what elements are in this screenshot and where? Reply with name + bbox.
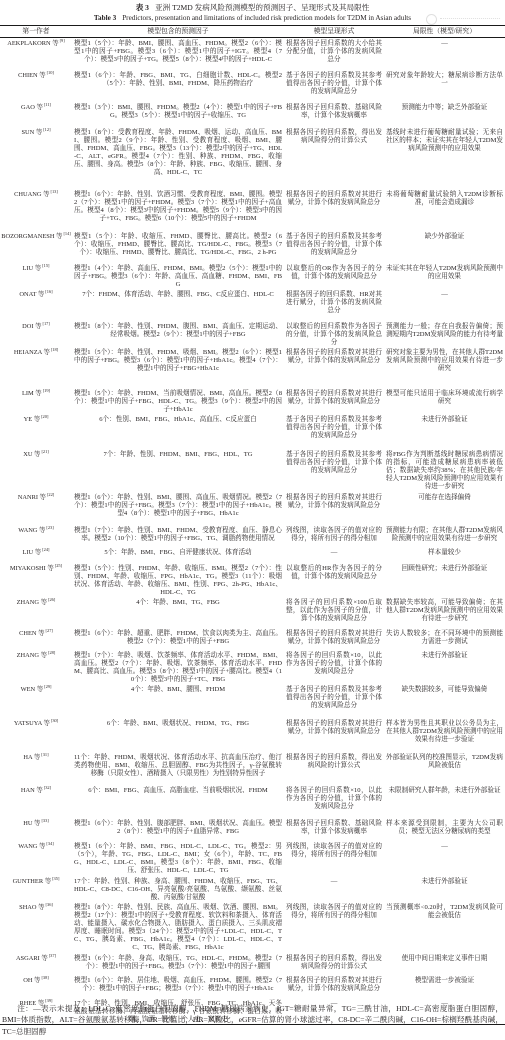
predictors-cell: 模型1（6个）：年龄、BMI、FBG、HDL-C、LDL-C、TG。模型2：男（… (72, 841, 284, 876)
author-name: HEIANZA 等 (14, 349, 50, 356)
author-name: HAN 等 (21, 787, 43, 794)
predictors-cell: 模型1（5个）：年龄、FHDM、当前吸烟情况、BMI、高血压。模型2（8个）：模… (72, 388, 284, 414)
author-name: GAO 等 (21, 104, 43, 111)
predictors-cell: 模型1（7个）：年龄、吸烟、饮茶频率、体育活动水平、FHDM、BMI、高血压。模… (72, 650, 284, 684)
predictors-cell: 4个：年龄、BMI、TG、FBG (72, 597, 284, 628)
table-row: LIM 等[19] 模型1（5个）：年龄、FHDM、当前吸烟情况、BMI、高血压… (0, 388, 505, 414)
author-name: AEKPLAKORN 等 (7, 40, 58, 47)
table-row: HEIANZA 等[18] 模型1（5个）：年龄、性别、FHDM、吸烟、BMI。… (0, 347, 505, 388)
reference-number: [17] (43, 321, 50, 326)
first-author-cell: WANG 等[23] (0, 525, 72, 547)
limitations-cell: 模型可能只适用于临床环境或流行病学研究 (384, 388, 505, 414)
reference-number: [32] (44, 785, 51, 790)
table-row: ASGARI 等[37] 模型1（6个）：年龄、身高、收缩压、TG、HDL-C、… (0, 953, 505, 975)
presentation-cell: 基于各因子的回归系数及其参考值得出各因子的分值，计算个体的发病风险总分 (284, 414, 384, 449)
first-author-cell: LIM 等[19] (0, 388, 72, 414)
limitations-cell: 样本量较少 (384, 547, 505, 563)
limitations-cell: 预测能力有限；在其他人群T2DM发病风险预测中的应用效果有待进一步研究 (384, 525, 505, 547)
limitations-cell: 当预测概率<0.20时，T2DM发病风险可能会被低估 (384, 902, 505, 953)
presentation-cell: 根据各因子的回归系数对其进行赋分，计算个体的发病风险总分 (284, 388, 384, 414)
predictors-cell: 7个：年龄、性别、FHDM、BMI、FBG、HDL、TG (72, 449, 284, 492)
first-author-cell: YE 等[20] (0, 414, 72, 449)
predictors-cell: 7个：FHDM、体育活动、年龄、腰围、FBG、C反应蛋白、HDL-C (72, 289, 284, 321)
presentation-cell: 根据各因子回归系数、基础风险率，计算个体发病概率 (284, 818, 384, 841)
watermark-logo-icon (426, 13, 502, 25)
table-caption-chinese: 亚洲 T2MD 发病风险预测模型的预测因子、呈现形式及其局限性 (155, 3, 369, 12)
table-row: DOI 等[17] 模型1（8个）：年龄、性别、FHDM、腹围、BMI、高血压、… (0, 321, 505, 347)
predictors-cell: 4个：年龄、BMI、腰围、FHDM (72, 684, 284, 718)
limitations-cell: 未证实其在年轻人T2DM发病风险预测中的应用效果 (384, 263, 505, 289)
reference-number: [35] (52, 876, 59, 881)
limitations-cell: 样本来源受到限制，主要为大公司职员；模型无法区分糖尿病的类型 (384, 818, 505, 841)
presentation-cell: 基于各因子的回归系数及其参考值得出各因子的分值，计算个体的发病风险总分 (284, 231, 384, 263)
table-row: HA 等[31] 11个：年龄、FHDM、吸烟状况、体育活动水平、抗高血压治疗、… (0, 752, 505, 785)
reference-number: [15] (42, 263, 49, 268)
reference-number: [30] (51, 718, 58, 723)
table-footnote: 注：—表示未提及；LDL-C=低密度脂蛋白胆固醇，FHDM=糖尿病家族史，IGT… (2, 1003, 503, 1037)
first-author-cell: BOZORGMANESH 等[14] (0, 231, 72, 263)
presentation-cell: 将各因子的回归系数×10，以此作为各因子的分值，计算个体的发病风险总分 (284, 650, 384, 684)
first-author-cell: HEIANZA 等[18] (0, 347, 72, 388)
reference-number: [25] (55, 563, 62, 568)
first-author-cell: AEKPLAKORN 等[9] (0, 38, 72, 70)
first-author-cell: HU 等[33] (0, 818, 72, 841)
table-row: WANG 等[23] 模型1（7个）：年龄、性别、BMI、FHDM、受教育程度、… (0, 525, 505, 547)
presentation-cell: 根据各因子回归系数的大小给其分配分值，计算个体的发病风险总分 (284, 38, 384, 70)
table-row: CHEN 等[27] 模型1（6个）：年龄、超重、肥胖、FHDM、饮食以肉类为主… (0, 628, 505, 650)
first-author-cell: ASGARI 等[37] (0, 953, 72, 975)
predictors-cell: 模型1（6个）：年龄、性别、腹部肥胖、BMI、吸烟状况、高血压。模型2（8个）：… (72, 818, 284, 841)
limitations-cell: 基线时未进行葡萄糖耐量试验；无来自社区的样本；未证实其在年轻人T2DM发病风险预… (384, 127, 505, 189)
reference-number: [21] (41, 449, 48, 454)
first-author-cell: MIYAKOSHI 等[25] (0, 563, 72, 597)
predictors-cell: 模型1（4个）：年龄、高血压、FHDM、BMI。模型2（5个）：模型1中的因子+… (72, 263, 284, 289)
reference-number: [13] (51, 189, 58, 194)
first-author-cell: ONAT 等[16] (0, 289, 72, 321)
limitations-cell: 预测能力一般；存在自我报告偏倚；预测短期内T2DM发病风险的能力有待考量 (384, 321, 505, 347)
first-author-cell: YATSUYA 等[30] (0, 718, 72, 752)
presentation-cell: 以取整后的HR作为各因子的分值，计算个体的发病风险总分 (284, 563, 384, 597)
predictors-cell: 模型1（7个）：年龄、性别、BMI、FHDM、受教育程度、血压、静息心率。模型2… (72, 525, 284, 547)
first-author-cell: NANRI 等[22] (0, 492, 72, 525)
first-author-cell: CHEN 等[27] (0, 628, 72, 650)
reference-number: [37] (49, 953, 56, 958)
predictors-cell: 17个：年龄、性别、种族、身高、腰围、FHDM、收缩压、FBG、TG、HDL-C… (72, 876, 284, 902)
presentation-cell: 根据各因子的回归系数，得出发病风险的计算公式 (284, 752, 384, 785)
reference-number: [22] (47, 492, 54, 497)
author-name: SHAO 等 (19, 904, 44, 911)
first-author-cell: DOI 等[17] (0, 321, 72, 347)
reference-number: [23] (46, 525, 53, 530)
author-name: LIM 等 (22, 390, 42, 397)
first-author-cell: WANG 等[34] (0, 841, 72, 876)
first-author-cell: SUN 等[12] (0, 127, 72, 189)
table-row: AEKPLAKORN 等[9] 模型1（5个）：年龄、BMI、腰围、高血压、FH… (0, 38, 505, 70)
first-author-cell: LIU 等[24] (0, 547, 72, 563)
limitations-cell: 外部验证队列的校准图显示，T2DM发病风险被低估 (384, 752, 505, 785)
table-row: YE 等[20] 6个：性别、BMI、FBG、HbA1c、高血压、C反应蛋白 基… (0, 414, 505, 449)
table-row: GAO 等[11] 模型1（3个）：BMI、腰围、FHDM。模型2（4个）：模型… (0, 102, 505, 127)
author-name: NANRI 等 (18, 494, 46, 501)
table-row: GUNTHER 等[35] 17个：年龄、性别、种族、身高、腰围、FHDM、收缩… (0, 876, 505, 902)
reference-number: [11] (44, 102, 51, 107)
predictors-cell: 模型1（6个）：年龄、性别、BMI、腰围、高血压、吸烟情况。模型2（7个）：模型… (72, 492, 284, 525)
header-limitations: 局限性（模型/研究） (384, 26, 505, 38)
limitations-cell: 未限制研究人群年龄，未进行外部验证 (384, 785, 505, 818)
reference-number: [24] (42, 547, 49, 552)
author-name: HA 等 (23, 754, 40, 761)
limitations-cell: 样本皆为男性且其职业以公务员为主，在其他人群T2DM发病风险预测中的应用效果有待… (384, 718, 505, 752)
limitations-cell: — (384, 841, 505, 876)
presentation-cell: — (284, 547, 384, 563)
presentation-cell: 根据各因子的回归系数对其进行赋分，计算个体的发病风险总分 (284, 718, 384, 752)
reference-number: [14] (63, 231, 70, 236)
predictors-cell: 6个：BMI、FBG、高血压、高脂血症、当前吸烟状况、FHDM (72, 785, 284, 818)
presentation-cell: 根据各因子的回归系数对其进行赋分，计算个体的发病风险总分 (284, 492, 384, 525)
predictors-cell: 模型1（8个）：年龄、性别、FHDM、腹围、BMI、高血压、定期运动、经常吸烟。… (72, 321, 284, 347)
presentation-cell: 根据各因子的回归系数对其进行赋分，计算个体的发病风险总分 (284, 975, 384, 998)
predictors-cell: 模型1（5个）：年龄、收缩压、FHMD、腰臀比、腰高比。模型2（6个）：收缩压、… (72, 231, 284, 263)
presentation-cell: 根据各因子回归系数、基础风险率，计算个体发病概率 (284, 102, 384, 127)
author-name: HU 等 (23, 820, 40, 827)
presentation-cell: 将各因子的回归系数×10，以此作为各因子的分值，计算个体的发病风险总分 (284, 785, 384, 818)
first-author-cell: LIU 等[15] (0, 263, 72, 289)
table-row: XU 等[21] 7个：年龄、性别、FHDM、BMI、FBG、HDL、TG 基于… (0, 449, 505, 492)
presentation-cell: 基于各因子的回归系数及其参考值得出各因子的分值，计算个体的发病风险总分 (284, 449, 384, 492)
author-name: YE 等 (24, 416, 41, 423)
table-header-row: 第一作者 模型包含的预测因子 模型呈现形式 局限性（模型/研究） (0, 26, 505, 38)
limitations-cell: 研究对象主要为男性，在其他人群T2DM发病风险预测中的应用效果有待进一步研究 (384, 347, 505, 388)
predictors-cell: 模型1（8个）：受教育程度、年龄、FHDM、吸烟、运动、高血压、BMI、腰围。模… (72, 127, 284, 189)
limitations-cell: 缺失数据较多，可能导致偏倚 (384, 684, 505, 718)
limitations-cell: 失访人数较多；在不同环境中的预测能力需进一步测试 (384, 628, 505, 650)
limitations-cell: 使用中间日期来定义事件日期 (384, 953, 505, 975)
reference-number: [19] (43, 388, 50, 393)
limitations-cell: 未进行外部验证 (384, 650, 505, 684)
table-row: CHUANG 等[13] 模型1（6个）：年龄、性别、饮酒习惯、受教育程度、BM… (0, 189, 505, 231)
table-label-english: Table 3 (94, 14, 116, 22)
watermark-ring-icon (426, 14, 437, 25)
author-name: ZHANG 等 (17, 599, 47, 606)
first-author-cell: HAN 等[32] (0, 785, 72, 818)
presentation-cell: 以取整后的回归系数作为各因子的分值，计算个体的发病风险总分 (284, 321, 384, 347)
table-row: SUN 等[12] 模型1（8个）：受教育程度、年龄、FHDM、吸烟、运动、高血… (0, 127, 505, 189)
limitations-cell: 缺少外部验证 (384, 231, 505, 263)
author-name: CHUANG 等 (14, 191, 49, 198)
predictors-cell: 模型1（5个）：年龄、性别、FHDM、吸烟、BMI。模型2（6个）：模型1中的因… (72, 347, 284, 388)
limitations-cell: 预测能力中等；缺乏外部验证 (384, 102, 505, 127)
presentation-cell: 列线图，读取各因子的值对应的得分，将所有因子的得分相加 (284, 841, 384, 876)
author-name: SUN 等 (21, 129, 42, 136)
reference-number: [31] (41, 752, 48, 757)
reference-number: [29] (44, 684, 51, 689)
table-label-chinese: 表 3 (136, 3, 149, 12)
limitations-cell: 未进行外部验证 (384, 876, 505, 902)
table-row: ZHANG 等[28] 模型1（7个）：年龄、吸烟、饮茶频率、体育活动水平、FH… (0, 650, 505, 684)
predictors-cell: 模型1（8个）：年龄、性别、民族、高血压、吸烟、饮酒、腰围、BMI。模型2（17… (72, 902, 284, 953)
table-row: LIU 等[15] 模型1（4个）：年龄、高血压、FHDM、BMI。模型2（5个… (0, 263, 505, 289)
predictors-cell: 6个：年龄、BMI、吸烟状况、FHDM、TG、FBG (72, 718, 284, 752)
table-row: CHIEN 等[10] 模型1（6个）：年龄、FBG、BMI、TG、白细胞计数、… (0, 70, 505, 102)
table-row: BOZORGMANESH 等[14] 模型1（5个）：年龄、收缩压、FHMD、腰… (0, 231, 505, 263)
predictors-cell: 模型1（6个）：年龄、居住地、吸烟、高血压、FHDM、腰围。模型2（7个）：模型… (72, 975, 284, 998)
presentation-cell: 基于各因子的回归系数及其参考值得出各因子的分值，计算个体的发病风险总分 (284, 70, 384, 102)
first-author-cell: SHAO 等[36] (0, 902, 72, 953)
table-row: MIYAKOSHI 等[25] 模型1（5个）：性别、FHDM、年龄、收缩压、B… (0, 563, 505, 597)
reference-number: [10] (47, 70, 54, 75)
predictors-cell: 5个：年龄、BMI、FBG、自评健康状况、体育活动 (72, 547, 284, 563)
table-row: HU 等[33] 模型1（6个）：年龄、性别、腹部肥胖、BMI、吸烟状况、高血压… (0, 818, 505, 841)
first-author-cell: HA 等[31] (0, 752, 72, 785)
author-name: GUNTHER 等 (13, 878, 52, 885)
author-name: CHEN 等 (19, 630, 44, 637)
table-row: WANG 等[34] 模型1（6个）：年龄、BMI、FBG、HDL-C、LDL-… (0, 841, 505, 876)
limitations-cell: 未将葡萄糖耐量试验纳入T2DM诊断标准，可能会造成漏诊 (384, 189, 505, 231)
table-caption-english: Predictors, presentation and limitations… (122, 14, 411, 22)
table-row: NANRI 等[22] 模型1（6个）：年龄、性别、BMI、腰围、高血压、吸烟情… (0, 492, 505, 525)
reference-number: [38] (41, 975, 48, 980)
limitations-cell: 研究对象年龄较大；糖尿病诊断方法单一 (384, 70, 505, 102)
table-row: LIU 等[24] 5个：年龄、BMI、FBG、自评健康状况、体育活动 — 样本… (0, 547, 505, 563)
first-author-cell: WEN 等[29] (0, 684, 72, 718)
table-row: ONAT 等[16] 7个：FHDM、体育活动、年龄、腰围、FBG、C反应蛋白、… (0, 289, 505, 321)
presentation-cell: 列线图，读取各因子的值对应的得分，将所有因子的得分相加 (284, 525, 384, 547)
author-name: MIYAKOSHI 等 (10, 565, 54, 572)
reference-number: [33] (41, 818, 48, 823)
first-author-cell: XU 等[21] (0, 449, 72, 492)
presentation-cell: 以取整后的OR作为各因子的分值，计算个体的发病风险总分 (284, 263, 384, 289)
header-first-author: 第一作者 (0, 26, 72, 38)
header-presentation: 模型呈现形式 (284, 26, 384, 38)
author-name: YATSUYA 等 (14, 720, 50, 727)
presentation-cell: 列线图，读取各因子的值对应的得分，将所有因子的得分相加 (284, 902, 384, 953)
reference-number: [26] (48, 597, 55, 602)
presentation-cell: 根据各因子的回归系数、HR对其进行赋分，计算个体的发病风险总分 (284, 289, 384, 321)
author-name: XU 等 (23, 451, 40, 458)
table-row: SHAO 等[36] 模型1（8个）：年龄、性别、民族、高血压、吸烟、饮酒、腰围… (0, 902, 505, 953)
presentation-cell: 将各因子的回归系数×100后取整，以此作为各因子的分值，计算个体的发病风险总分 (284, 597, 384, 628)
first-author-cell: ZHANG 等[28] (0, 650, 72, 684)
presentation-cell: 根据各因子的回归系数，得出发病风险得分的计算公式 (284, 953, 384, 975)
author-name: ZHANG 等 (17, 652, 47, 659)
limitations-cell: 可能存在选择偏倚 (384, 492, 505, 525)
author-name: DOI 等 (22, 323, 41, 330)
predictors-cell: 模型1（5个）：性别、FHDM、年龄、收缩压、BMI。模型2（7个）：性别、FH… (72, 563, 284, 597)
author-name: LIU 等 (23, 549, 42, 556)
presentation-cell: 根据各因子的回归系数对其进行赋分，计算个体的发病风险总分 (284, 189, 384, 231)
limitations-cell: 未进行外部验证 (384, 414, 505, 449)
predictors-cell: 模型1（5个）：年龄、BMI、腰围、高血压、FHDM。模型2（6个）：模型1中的… (72, 38, 284, 70)
table-row: WEN 等[29] 4个：年龄、BMI、腰围、FHDM 基于各因子的回归系数及其… (0, 684, 505, 718)
predictors-cell: 11个：年龄、FHDM、吸烟状况、体育活动水平、抗高血压治疗、他汀类药物使用、B… (72, 752, 284, 785)
predictors-cell: 模型1（6个）：年龄、FBG、BMI、TG、白细胞计数、HDL-C。模型2（5个… (72, 70, 284, 102)
table-row: YATSUYA 等[30] 6个：年龄、BMI、吸烟状况、FHDM、TG、FBG… (0, 718, 505, 752)
author-name: WANG 等 (18, 527, 45, 534)
author-name: OH 等 (23, 977, 40, 984)
reference-number: [36] (46, 902, 53, 907)
watermark-script (440, 18, 500, 19)
predictors-cell: 模型1（6个）：年龄、身高、收缩压、TG、HDL-C、FHDM。模型2（7个）：… (72, 953, 284, 975)
table-row: HAN 等[32] 6个：BMI、FBG、高血压、高脂血症、当前吸烟状况、FHD… (0, 785, 505, 818)
table-title-chinese: 表 3亚洲 T2MD 发病风险预测模型的预测因子、呈现形式及其局限性 (0, 3, 505, 12)
reference-number: [39] (45, 998, 52, 1003)
table-row: OH 等[38] 模型1（6个）：年龄、居住地、吸烟、高血压、FHDM、腰围。模… (0, 975, 505, 998)
reference-number: [9] (60, 38, 65, 43)
author-name: CHIEN 等 (18, 72, 46, 79)
predictors-cell: 模型1（3个）：BMI、腰围、FHDM。模型2（4个）：模型1中的因子+FBG。… (72, 102, 284, 127)
limitations-cell: — (384, 289, 505, 321)
header-predictors: 模型包含的预测因子 (72, 26, 284, 38)
first-author-cell: GAO 等[11] (0, 102, 72, 127)
table-row: ZHANG 等[26] 4个：年龄、BMI、TG、FBG 将各因子的回归系数×1… (0, 597, 505, 628)
presentation-cell: 根据各因子的回归系数对其进行赋分，计算个体的发病风险总分 (284, 628, 384, 650)
reference-number: [34] (46, 841, 53, 846)
reference-number: [18] (51, 347, 58, 352)
reference-number: [20] (41, 414, 48, 419)
presentation-cell: 根据各因子的回归系数对其进行赋分，计算个体的发病风险总分 (284, 347, 384, 388)
limitations-cell: 数据缺失率较高，可能导致偏倚；在其他人群T2DM发病风险预测中的应用效果有待进一… (384, 597, 505, 628)
limitations-cell: 回顾性研究；未进行外部验证 (384, 563, 505, 597)
reference-number: [12] (43, 127, 50, 132)
predictors-cell: 模型1（6个）：年龄、性别、饮酒习惯、受教育程度、BMI、腰围。模型2（7个）：… (72, 189, 284, 231)
presentation-cell: 基于各因子的回归系数及其参考值得出各因子的分值，计算个体的发病风险总分 (284, 684, 384, 718)
author-name: LIU 等 (23, 265, 42, 272)
limitations-cell: 模型需进一步被验证 (384, 975, 505, 998)
author-name: ONAT 等 (19, 291, 44, 298)
author-name: WANG 等 (18, 843, 45, 850)
prediction-models-table: 第一作者 模型包含的预测因子 模型呈现形式 局限性（模型/研究） AEKPLAK… (0, 25, 505, 1025)
limitations-cell: 将FBG作为判断基线时糖尿病患病情况的指标，可能造成糖尿病患病率被低估；数据缺失… (384, 449, 505, 492)
first-author-cell: ZHANG 等[26] (0, 597, 72, 628)
limitations-cell: — (384, 38, 505, 70)
reference-number: [27] (46, 628, 53, 633)
reference-number: [28] (48, 650, 55, 655)
author-name: ASGARI 等 (16, 955, 48, 962)
first-author-cell: GUNTHER 等[35] (0, 876, 72, 902)
predictors-cell: 模型1（6个）：年龄、超重、肥胖、FHDM、饮食以肉类为主、高血压。模型2（7个… (72, 628, 284, 650)
first-author-cell: CHUANG 等[13] (0, 189, 72, 231)
author-name: WEN 等 (21, 686, 44, 693)
reference-number: [16] (45, 289, 52, 294)
predictors-cell: 6个：性别、BMI、FBG、HbA1c、高血压、C反应蛋白 (72, 414, 284, 449)
author-name: BOZORGMANESH 等 (1, 233, 62, 240)
presentation-cell: 根据各因子的回归系数，得出发病风险得分的计算公式 (284, 127, 384, 189)
presentation-cell: — (284, 876, 384, 902)
first-author-cell: OH 等[38] (0, 975, 72, 998)
first-author-cell: CHIEN 等[10] (0, 70, 72, 102)
